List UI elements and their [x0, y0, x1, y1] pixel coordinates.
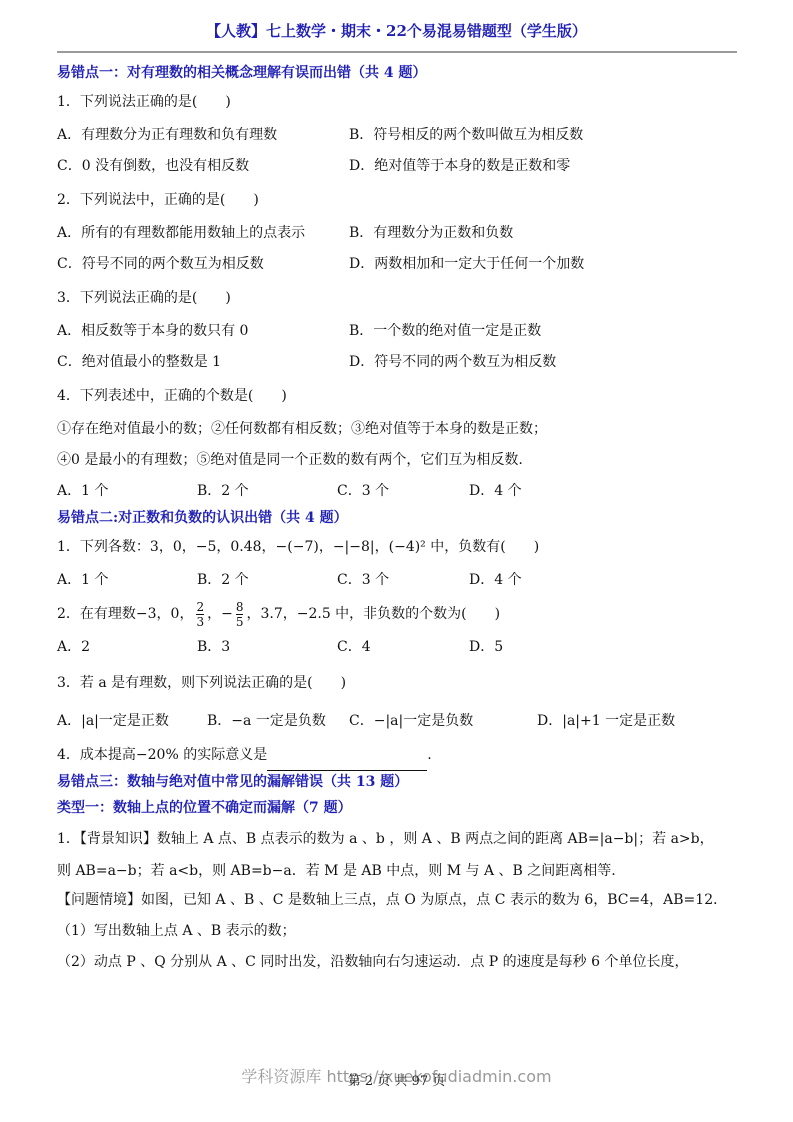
- option-a: A．2: [57, 632, 197, 663]
- question-stem: 1．下列说法正确的是( ): [57, 84, 747, 120]
- section-heading-1: 易错点一：对有理数的相关概念理解有误而出错（共 4 题）: [57, 62, 747, 84]
- stem-text: .: [427, 747, 431, 763]
- section-heading-3: 易错点三：数轴与绝对值中常见的漏解错误（共 13 题）: [57, 771, 747, 793]
- options-grid: A．有理数分为正有理数和负有理数 B．符号相反的两个数叫做互为相反数 C．0 没…: [57, 120, 747, 182]
- option-c: C．符号不同的两个数互为相反数: [57, 249, 349, 280]
- numerator: 2: [196, 600, 204, 615]
- option-b: B．一个数的绝对值一定是正数: [349, 316, 749, 347]
- option-d: D．4 个: [469, 565, 609, 596]
- section-heading-2: 易错点二:对正数和负数的认识出错（共 4 题）: [57, 507, 747, 529]
- question-stem: 1．下列各数：3，0，−5，0.48，−(−7)，−|−8|，(−4)² 中，负…: [57, 529, 747, 565]
- problem-line: 1．【背景知识】数轴上 A 点、B 点表示的数为 a 、b ，则 A 、B 两点…: [57, 819, 747, 853]
- question-stem: 3．若 a 是有理数，则下列说法正确的是( ): [57, 663, 747, 703]
- question-stem: 3．下列说法正确的是( ): [57, 280, 747, 316]
- options-row: A．1 个 B．2 个 C．3 个 D．4 个: [57, 476, 747, 507]
- options-grid: A．所有的有理数都能用数轴上的点表示 B．有理数分为正数和负数 C．符号不同的两…: [57, 218, 747, 280]
- statement-line: ①存在绝对值最小的数；②任何数都有相反数；③绝对值等于本身的数是正数；: [57, 414, 747, 445]
- denominator: 5: [236, 615, 244, 629]
- option-c: C．0 没有倒数，也没有相反数: [57, 151, 349, 182]
- numerator: 8: [236, 600, 244, 615]
- options-grid: A．相反数等于本身的数只有 0 B．一个数的绝对值一定是正数 C．绝对值最小的整…: [57, 316, 747, 378]
- problem-line: （2）动点 P 、Q 分别从 A 、C 同时出发，沿数轴向右匀速运动．点 P 的…: [57, 947, 747, 978]
- page-number: 第 2 页 共 97 页: [0, 1070, 793, 1089]
- stem-text: 4．成本提高−20% 的实际意义是: [57, 747, 267, 763]
- problem-line: 则 AB=a−b；若 a<b，则 AB=b−a．若 M 是 AB 中点，则 M …: [57, 853, 747, 885]
- options-row: A．2 B．3 C．4 D．5: [57, 632, 747, 663]
- stem-text: ，3.7，−2.5 中，非负数的个数为( ): [246, 606, 500, 622]
- option-c: C．−|a|一定是负数: [349, 703, 537, 739]
- answer-blank[interactable]: [267, 754, 427, 771]
- option-d: D．绝对值等于本身的数是正数和零: [349, 151, 749, 182]
- stem-text: 2．在有理数−3，0，: [57, 606, 193, 622]
- header-rule: [57, 51, 737, 53]
- option-a: A．|a|一定是正数: [57, 703, 207, 739]
- option-c: C．4: [337, 632, 469, 663]
- option-b: B．有理数分为正数和负数: [349, 218, 749, 249]
- question-stem: 2．下列说法中，正确的是( ): [57, 182, 747, 218]
- denominator: 3: [196, 615, 204, 629]
- option-b: B．3: [197, 632, 337, 663]
- option-a: A．所有的有理数都能用数轴上的点表示: [57, 218, 349, 249]
- option-b: B．2 个: [197, 476, 337, 507]
- fraction: 23: [196, 600, 204, 629]
- option-c: C．3 个: [337, 476, 469, 507]
- option-d: D．两数相加和一定大于任何一个加数: [349, 249, 749, 280]
- option-b: B．符号相反的两个数叫做互为相反数: [349, 120, 749, 151]
- option-d: D．4 个: [469, 476, 609, 507]
- option-a: A．1 个: [57, 476, 197, 507]
- option-d: D．符号不同的两个数互为相反数: [349, 347, 749, 378]
- option-c: C．3 个: [337, 565, 469, 596]
- option-b: B．2 个: [197, 565, 337, 596]
- option-a: A．相反数等于本身的数只有 0: [57, 316, 349, 347]
- document-title: 【人教】七上数学・期末・22个易混易错题型（学生版）: [0, 20, 793, 41]
- question-stem: 4．下列表述中，正确的个数是( ): [57, 378, 747, 414]
- option-d: D．|a|+1 一定是正数: [537, 703, 675, 739]
- subsection-heading: 类型一：数轴上点的位置不确定而漏解（7 题）: [57, 797, 747, 819]
- option-d: D．5: [469, 632, 609, 663]
- problem-line: 【问题情境】如图，已知 A 、B 、C 是数轴上三点，点 O 为原点，点 C 表…: [57, 885, 747, 916]
- option-a: A．1 个: [57, 565, 197, 596]
- option-c: C．绝对值最小的整数是 1: [57, 347, 349, 378]
- options-row: A．|a|一定是正数 B．−a 一定是负数 C．−|a|一定是负数 D．|a|+…: [57, 703, 747, 739]
- options-row: A．1 个 B．2 个 C．3 个 D．4 个: [57, 565, 747, 596]
- stem-text: ，−: [207, 606, 233, 622]
- question-stem: 4．成本提高−20% 的实际意义是.: [57, 739, 747, 771]
- fraction: 85: [236, 600, 244, 629]
- statement-line: ④0 是最小的有理数；⑤绝对值是同一个正数的数有两个，它们互为相反数.: [57, 445, 747, 476]
- document-body: 易错点一：对有理数的相关概念理解有误而出错（共 4 题） 1．下列说法正确的是(…: [57, 62, 747, 978]
- question-stem: 2．在有理数−3，0，23，−85，3.7，−2.5 中，非负数的个数为( ): [57, 596, 747, 632]
- problem-line: （1）写出数轴上点 A 、B 表示的数；: [57, 916, 747, 947]
- option-b: B．−a 一定是负数: [207, 703, 349, 739]
- option-a: A．有理数分为正有理数和负有理数: [57, 120, 349, 151]
